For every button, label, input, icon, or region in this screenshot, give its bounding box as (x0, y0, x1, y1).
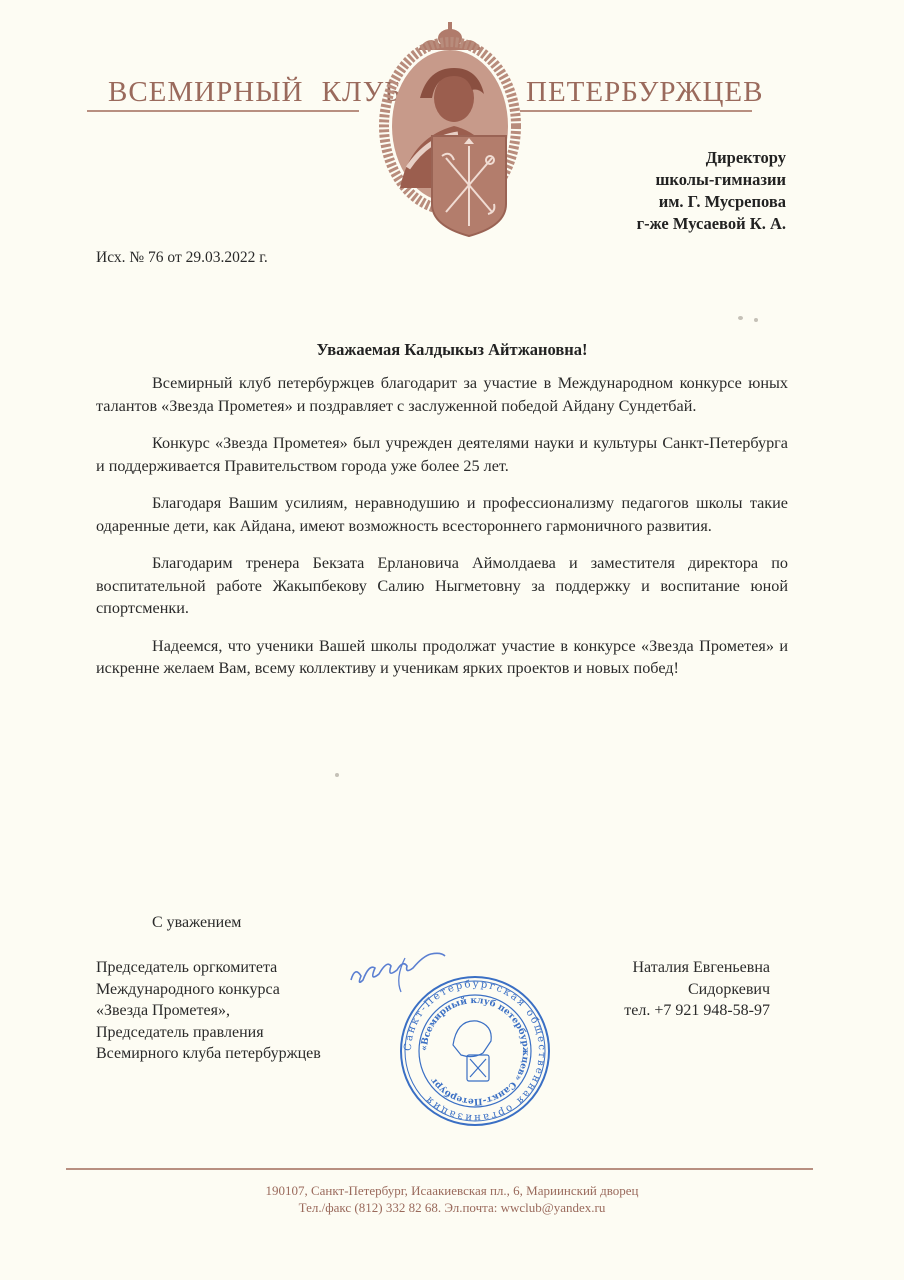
signer-title-line: Председатель правления (96, 1022, 321, 1044)
paragraph: Благодарим тренера Бекзата Ерлановича Ай… (96, 552, 788, 620)
signer-title-line: Международного конкурса (96, 979, 321, 1001)
addressee-line: г-же Мусаевой К. А. (637, 213, 786, 235)
regards-text: С уважением (152, 914, 241, 932)
salutation: Уважаемая Калдыкыз Айтжановна! (0, 340, 904, 360)
addressee-line: им. Г. Мусрепова (637, 191, 786, 213)
footer-address: 190107, Санкт-Петербург, Исаакиевская пл… (0, 1182, 904, 1199)
organization-stamp-icon: Санкт-Петербургская общественная организ… (395, 975, 555, 1127)
scan-speck (754, 318, 758, 322)
letterhead-rule-right (520, 110, 752, 112)
signer-title-line: Председатель оргкомитета (96, 957, 321, 979)
stamp-inner-text: «Всемирный клуб петербуржцев» Санкт-Пете… (420, 996, 530, 1107)
addressee-line: Директору (637, 147, 786, 169)
letterhead-title-right: ПЕТЕРБУРЖЦЕВ (526, 76, 763, 109)
signer-title-line: Всемирного клуба петербуржцев (96, 1043, 321, 1065)
paragraph: Благодаря Вашим усилиям, неравнодушию и … (96, 492, 788, 537)
footer: 190107, Санкт-Петербург, Исаакиевская пл… (0, 1182, 904, 1216)
addressee-block: Директору школы-гимназии им. Г. Мусрепов… (637, 147, 786, 235)
paragraph: Конкурс «Звезда Прометея» был учрежден д… (96, 432, 788, 477)
signer-name-line: Сидоркевич (624, 979, 770, 1001)
letterhead-rule-left (87, 110, 359, 112)
signer-title: Председатель оргкомитета Международного … (96, 957, 321, 1065)
footer-rule (66, 1168, 813, 1170)
club-emblem-icon (370, 18, 530, 240)
signer-phone: тел. +7 921 948-58-97 (624, 1000, 770, 1022)
footer-contacts: Тел./факс (812) 332 82 68. Эл.почта: wwc… (0, 1199, 904, 1216)
signer-title-line: «Звезда Прометея», (96, 1000, 321, 1022)
outgoing-reference: Исх. № 76 от 29.03.2022 г. (96, 249, 268, 267)
scan-speck (335, 773, 339, 777)
svg-text:«Всемирный клуб петербуржцев»: «Всемирный клуб петербуржцев» Санкт-Пете… (420, 996, 530, 1107)
paragraph: Надеемся, что ученики Вашей школы продол… (96, 635, 788, 680)
letter-body: Всемирный клуб петербуржцев благодарит з… (96, 372, 788, 695)
scan-speck (378, 565, 381, 568)
signer-name-line: Наталия Евгеньевна (624, 957, 770, 979)
letterhead-title-left: ВСЕМИРНЫЙ КЛУБ (108, 76, 402, 109)
addressee-line: школы-гимназии (637, 169, 786, 191)
signer-name: Наталия Евгеньевна Сидоркевич тел. +7 92… (624, 957, 770, 1022)
scan-speck (738, 316, 743, 320)
paragraph: Всемирный клуб петербуржцев благодарит з… (96, 372, 788, 417)
